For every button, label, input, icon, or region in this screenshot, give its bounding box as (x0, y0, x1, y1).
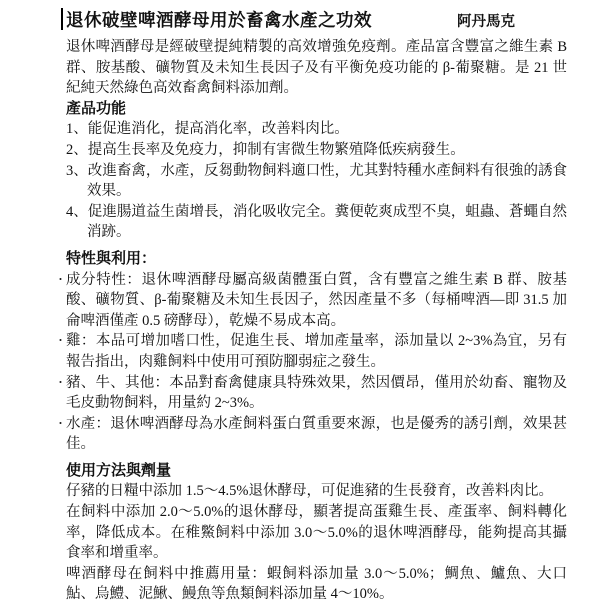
page-title: 退休破壁啤酒酵母用於畜禽水產之功效 (66, 8, 372, 32)
bullet-icon: ・ (55, 270, 66, 291)
text-cursor (61, 8, 63, 30)
list-item-function-2: 2、提高生長率及免疫力，抑制有害微生物繁殖降低疾病發生。 (66, 140, 567, 161)
list-item-chicken: ・ 雞：本品可增加嗜口性，促進生長、增加產量率，添加量以 2~3%為宜，另有報告… (66, 331, 567, 372)
section-heading-features: 特性與利用： (66, 249, 567, 270)
usage-paragraph-recommended-dosage: 啤酒酵母在飼料中推薦用量：蝦飼料添加量 3.0～5.0%；鯛魚、鱸魚、大口鮎、烏… (66, 564, 567, 600)
usage-paragraph-layer-turtle: 在飼料中添加 2.0～5.0%的退休酵母，顯著提高蛋雞生長、產蛋率、飼料轉化率，… (66, 502, 567, 564)
list-item-composition: ・ 成分特性：退休啤酒酵母屬高級菌體蛋白質，含有豐富之維生素 B 群、胺基酸、礦… (66, 270, 567, 332)
title-row: 退休破壁啤酒酵母用於畜禽水產之功效 阿丹馬克 (66, 8, 567, 32)
bullet-icon: ・ (55, 331, 66, 352)
page-title-text: 退休破壁啤酒酵母用於畜禽水產之功效 (66, 10, 372, 30)
list-item-aquatic: ・ 水產：退休啤酒酵母為水產飼料蛋白質重要來源，也是優秀的誘引劑，效果甚佳。 (66, 414, 567, 455)
byline: 阿丹馬克 (457, 10, 515, 31)
section-heading-usage: 使用方法與劑量 (66, 461, 567, 482)
list-item-function-1: 1、能促進消化，提高消化率，改善料肉比。 (66, 119, 567, 140)
list-item-function-3: 3、改進畜禽，水產，反芻動物飼料適口性，尤其對特種水產飼料有很強的誘食效果。 (66, 161, 567, 202)
list-item-function-4: 4、促進腸道益生菌增長，消化吸收完全。糞便乾爽成型不臭，蛆蟲、蒼蠅自然消跡。 (66, 202, 567, 243)
list-item-pig-cattle: ・ 豬、牛、其他：本品對畜禽健康具特殊效果，然因價昂，僅用於幼畜、寵物及毛皮動物… (66, 373, 567, 414)
section-heading-product-functions: 產品功能 (66, 99, 567, 120)
list-item-text: 雞：本品可增加嗜口性，促進生長、增加產量率，添加量以 2~3%為宜，另有報告指出… (66, 333, 567, 370)
bullet-icon: ・ (55, 373, 66, 394)
document-page: 退休破壁啤酒酵母用於畜禽水產之功效 阿丹馬克 退休啤酒酵母是經破壁提純精製的高效… (0, 0, 600, 600)
list-item-text: 水產：退休啤酒酵母為水產飼料蛋白質重要來源，也是優秀的誘引劑，效果甚佳。 (66, 416, 567, 453)
usage-paragraph-piglet: 仔豬的日糧中添加 1.5～4.5%退休酵母，可促進豬的生長發育，改善料肉比。 (66, 481, 567, 502)
intro-paragraph: 退休啤酒酵母是經破壁提純精製的高效增強免疫劑。產品富含豐富之維生素 B 群、胺基… (66, 37, 567, 99)
list-item-text: 豬、牛、其他：本品對畜禽健康具特殊效果，然因價昂，僅用於幼畜、寵物及毛皮動物飼料… (66, 375, 567, 412)
list-item-text: 成分特性：退休啤酒酵母屬高級菌體蛋白質，含有豐富之維生素 B 群、胺基酸、礦物質… (66, 272, 567, 329)
bullet-icon: ・ (55, 414, 66, 435)
